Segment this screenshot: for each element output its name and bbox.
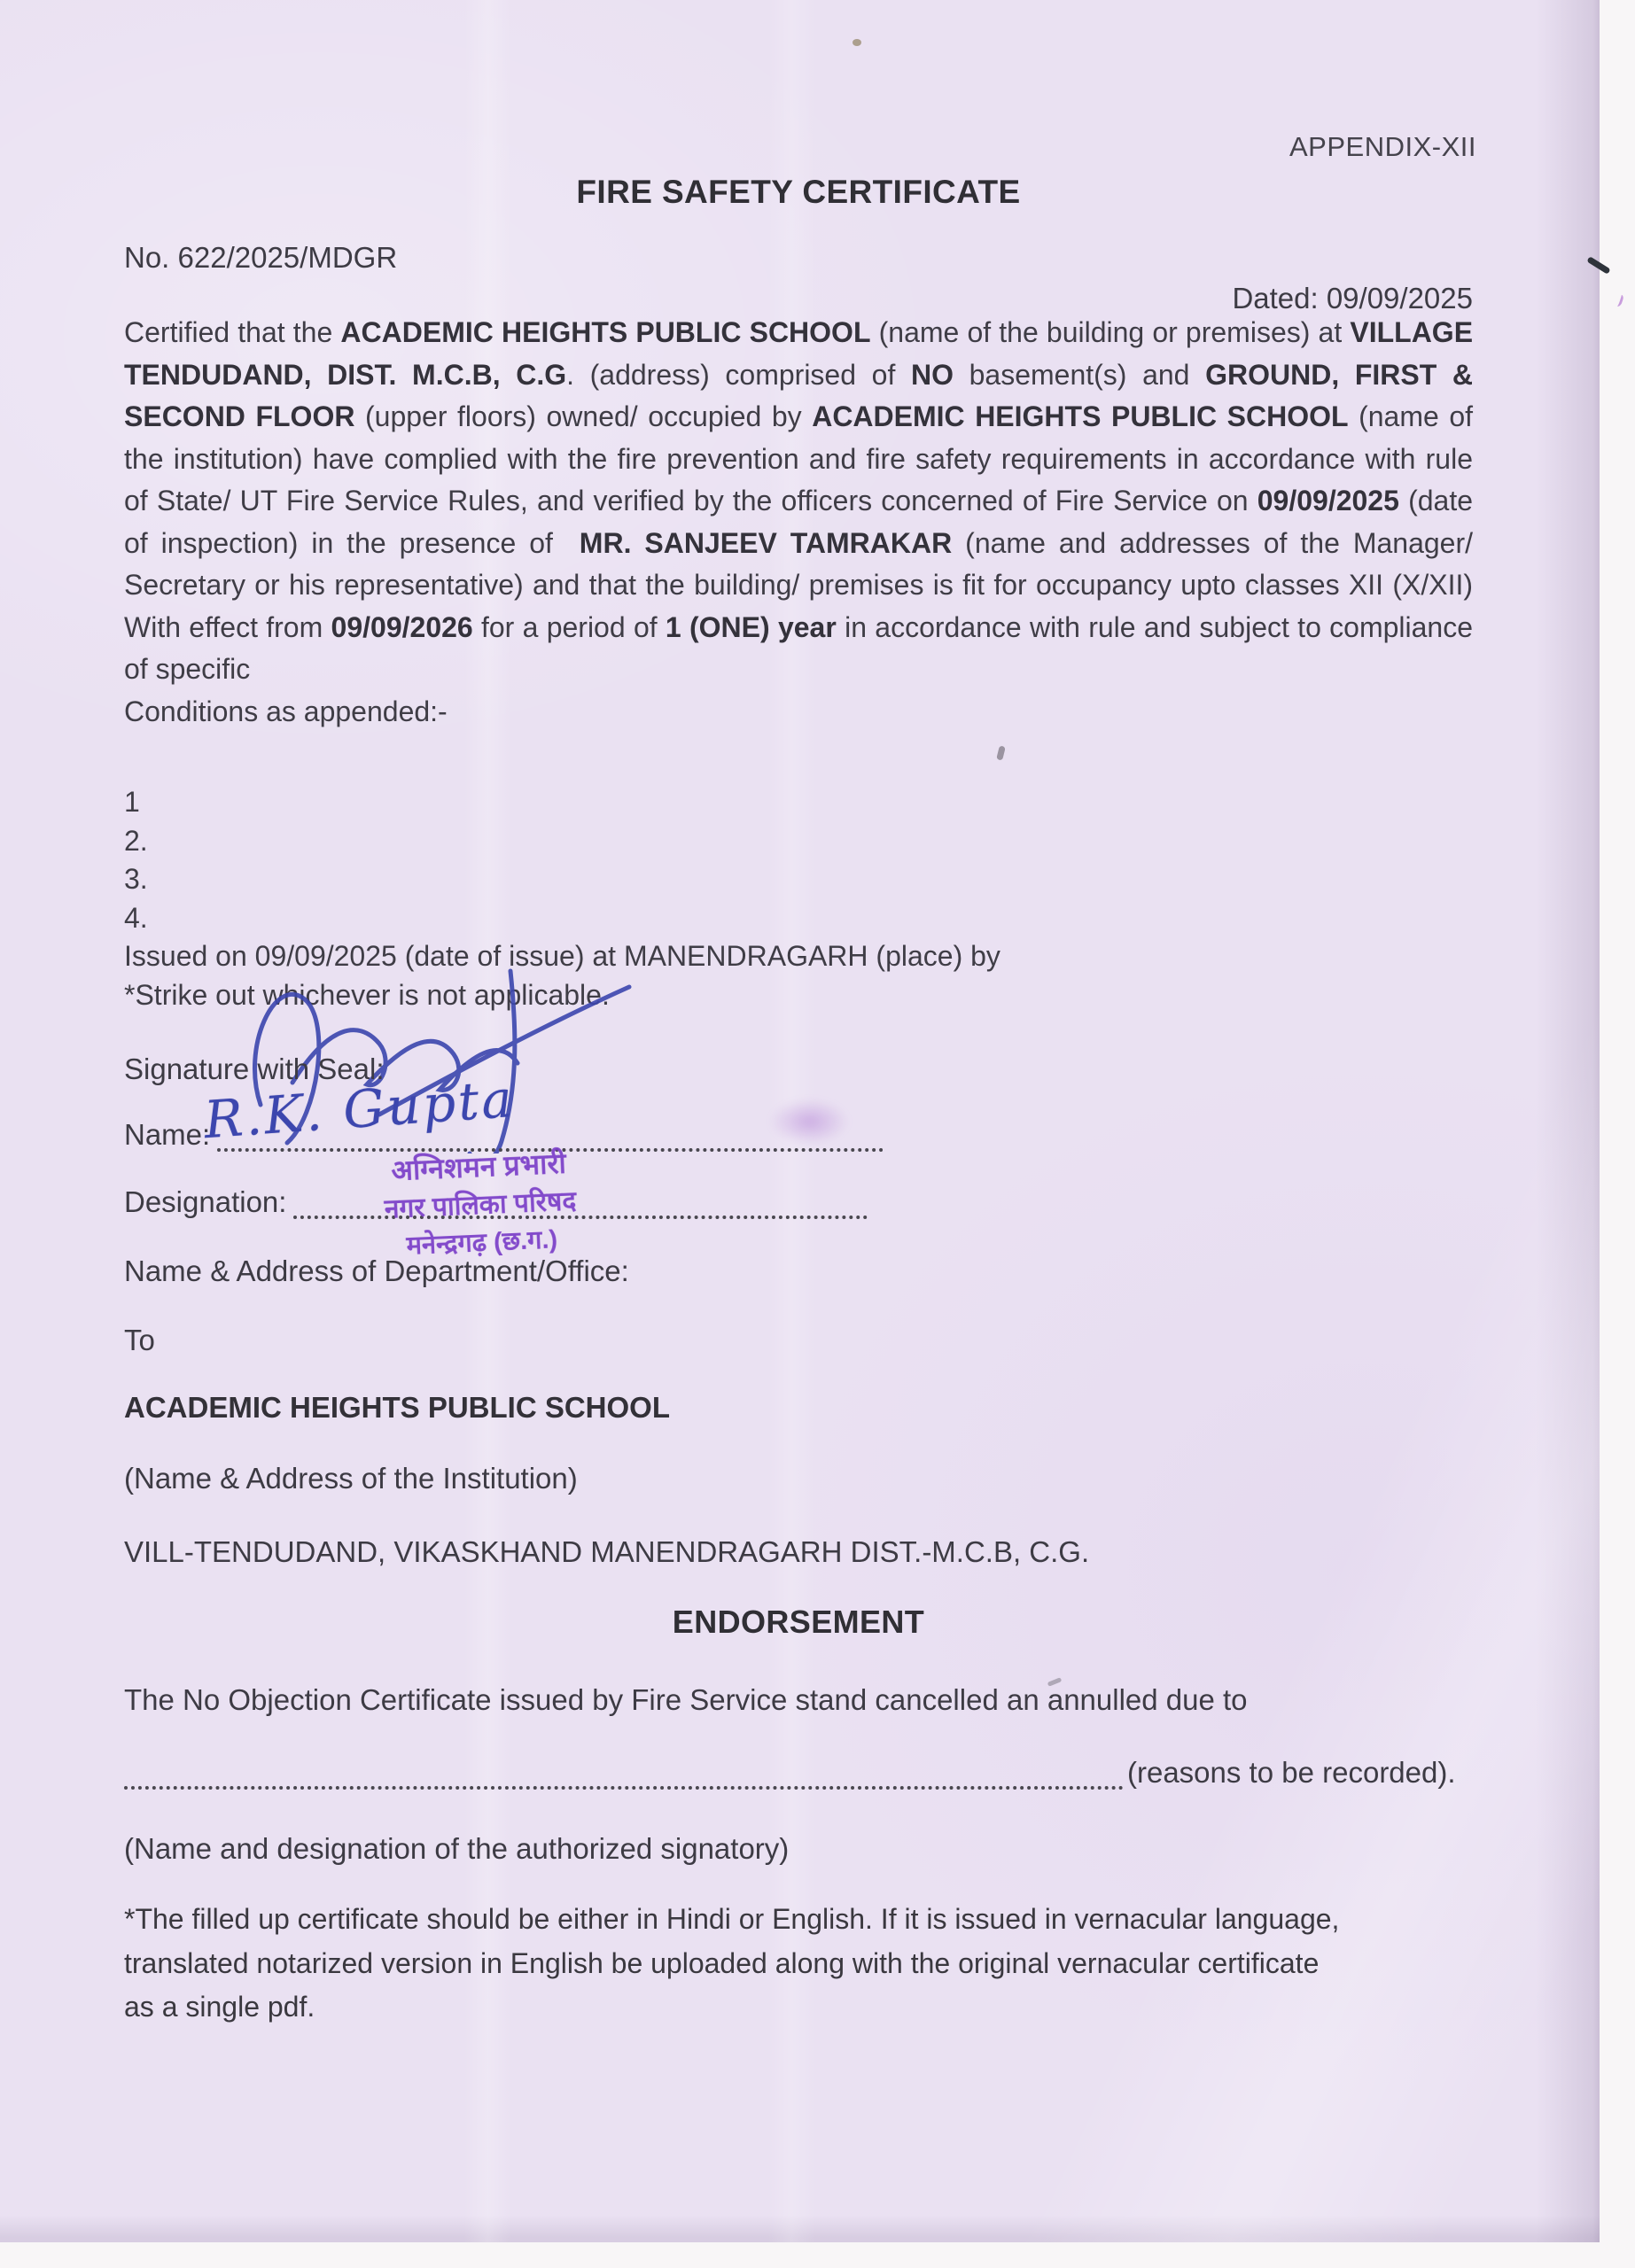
condition-item-3: 3. xyxy=(124,860,1187,899)
endorsement-heading: ENDORSEMENT xyxy=(124,1604,1473,1641)
to-label: To xyxy=(124,1324,155,1357)
certificate-paragraph: Certified that the ACADEMIC HEIGHTS PUBL… xyxy=(124,312,1473,691)
conditions-list: 1 2. 3. 4. Issued on 09/09/2025 (date of… xyxy=(124,783,1187,1014)
institution-caption: (Name & Address of the Institution) xyxy=(124,1462,578,1495)
appendix-label: APPENDIX-XII xyxy=(1289,131,1476,163)
signatory-caption: (Name and designation of the authorized … xyxy=(124,1832,789,1866)
scanned-document: APPENDIX-XII FIRE SAFETY CERTIFICATE No.… xyxy=(0,0,1635,2268)
strike-note: *Strike out whichever is not applicable. xyxy=(124,976,1187,1015)
dated-line: Dated: 09/09/2025 xyxy=(1232,282,1473,315)
condition-item-4: 4. xyxy=(124,899,1187,938)
office-stamp: अग्निशमन प्रभारी नगर पालिका परिषद मनेन्द… xyxy=(256,1138,704,1272)
institution-name: ACADEMIC HEIGHTS PUBLIC SCHOOL xyxy=(124,1391,670,1425)
name-label: Name: xyxy=(124,1118,210,1152)
footnote: *The filled up certificate should be eit… xyxy=(124,1898,1347,2030)
purple-mark xyxy=(1613,293,1624,307)
conditions-label: Conditions as appended:- xyxy=(124,691,1473,734)
page-title: FIRE SAFETY CERTIFICATE xyxy=(124,174,1473,211)
condition-item-1: 1 xyxy=(124,783,1187,822)
institution-address: VILL-TENDUDAND, VIKASKHAND MANENDRAGARH … xyxy=(124,1535,1089,1569)
certificate-body: Certified that the ACADEMIC HEIGHTS PUBL… xyxy=(124,312,1473,733)
reasons-row: (reasons to be recorded). xyxy=(124,1756,1473,1790)
issued-line: Issued on 09/09/2025 (date of issue) at … xyxy=(124,937,1187,976)
condition-item-2: 2. xyxy=(124,822,1187,861)
certificate-number: No. 622/2025/MDGR xyxy=(124,241,397,275)
reasons-dotted-leader xyxy=(124,1756,1124,1790)
reasons-label: (reasons to be recorded). xyxy=(1127,1756,1456,1790)
department-office-label: Name & Address of Department/Office: xyxy=(124,1254,629,1288)
endorsement-body: The No Objection Certificate issued by F… xyxy=(124,1683,1248,1717)
